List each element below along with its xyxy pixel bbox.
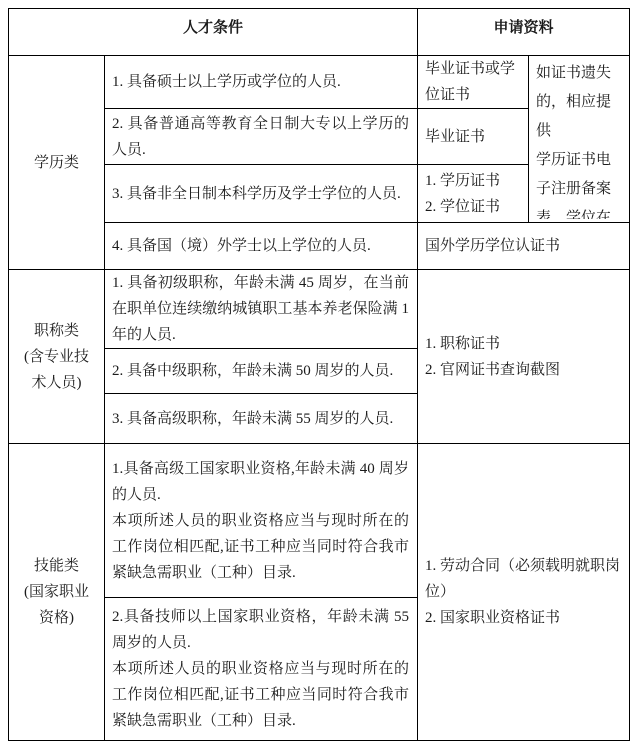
education-condition-3: 3. 具备非全日制本科学历及学士学位的人员. bbox=[105, 165, 418, 223]
header-application-materials: 申请资料 bbox=[418, 9, 630, 56]
talent-application-table: 人才条件 申请资料 学历类 1. 具备硕士以上学历或学位的人员. 毕业证书或学位… bbox=[8, 8, 630, 741]
title-materials: 1. 职称证书 2. 官网证书查询截图 bbox=[418, 270, 630, 444]
title-condition-1: 1. 具备初级职称，年龄未满 45 周岁，在当前在职单位连续缴纳城镇职工基本养老… bbox=[105, 270, 418, 349]
education-material-2: 毕业证书 bbox=[418, 109, 529, 165]
header-row: 人才条件 申请资料 bbox=[9, 9, 630, 56]
certificate-loss-note-cell: 如证书遗失 的，相应提供 学历证书电 子注册备案 表、学位在线 验证报告 bbox=[529, 56, 630, 223]
title-condition-3: 3. 具备高级职称，年龄未满 55 周岁的人员. bbox=[105, 394, 418, 444]
category-education: 学历类 bbox=[9, 56, 105, 270]
education-condition-1: 1. 具备硕士以上学历或学位的人员. bbox=[105, 56, 418, 109]
education-material-1: 毕业证书或学位证书 bbox=[418, 56, 529, 109]
category-title: 职称类 (含专业技 术人员) bbox=[9, 270, 105, 444]
skill-materials: 1. 劳动合同（必须载明就职岗位） 2. 国家职业资格证书 bbox=[418, 444, 630, 741]
certificate-loss-note-text: 如证书遗失 的，相应提供 学历证书电 子注册备案 表、学位在线 验证报告 bbox=[536, 59, 624, 219]
skill-condition-1: 1.具备高级工国家职业资格,年龄未满 40 周岁的人员. 本项所述人员的职业资格… bbox=[105, 444, 418, 598]
category-skill: 技能类 (国家职业 资格) bbox=[9, 444, 105, 741]
document-page: 人才条件 申请资料 学历类 1. 具备硕士以上学历或学位的人员. 毕业证书或学位… bbox=[0, 0, 640, 746]
skill-row-1: 技能类 (国家职业 资格) 1.具备高级工国家职业资格,年龄未满 40 周岁的人… bbox=[9, 444, 630, 598]
header-talent-conditions: 人才条件 bbox=[9, 9, 418, 56]
education-material-3: 1. 学历证书 2. 学位证书 bbox=[418, 165, 529, 223]
skill-condition-2: 2.具备技师以上国家职业资格，年龄未满 55 周岁的人员. 本项所述人员的职业资… bbox=[105, 598, 418, 741]
education-condition-2: 2. 具备普通高等教育全日制大专以上学历的人员. bbox=[105, 109, 418, 165]
title-condition-2: 2. 具备中级职称，年龄未满 50 周岁的人员. bbox=[105, 349, 418, 394]
education-condition-4: 4. 具备国（境）外学士以上学位的人员. bbox=[105, 223, 418, 270]
education-row-1: 学历类 1. 具备硕士以上学历或学位的人员. 毕业证书或学位证书 如证书遗失 的… bbox=[9, 56, 630, 109]
title-row-1: 职称类 (含专业技 术人员) 1. 具备初级职称，年龄未满 45 周岁，在当前在… bbox=[9, 270, 630, 349]
education-material-4: 国外学历学位认证书 bbox=[418, 223, 630, 270]
